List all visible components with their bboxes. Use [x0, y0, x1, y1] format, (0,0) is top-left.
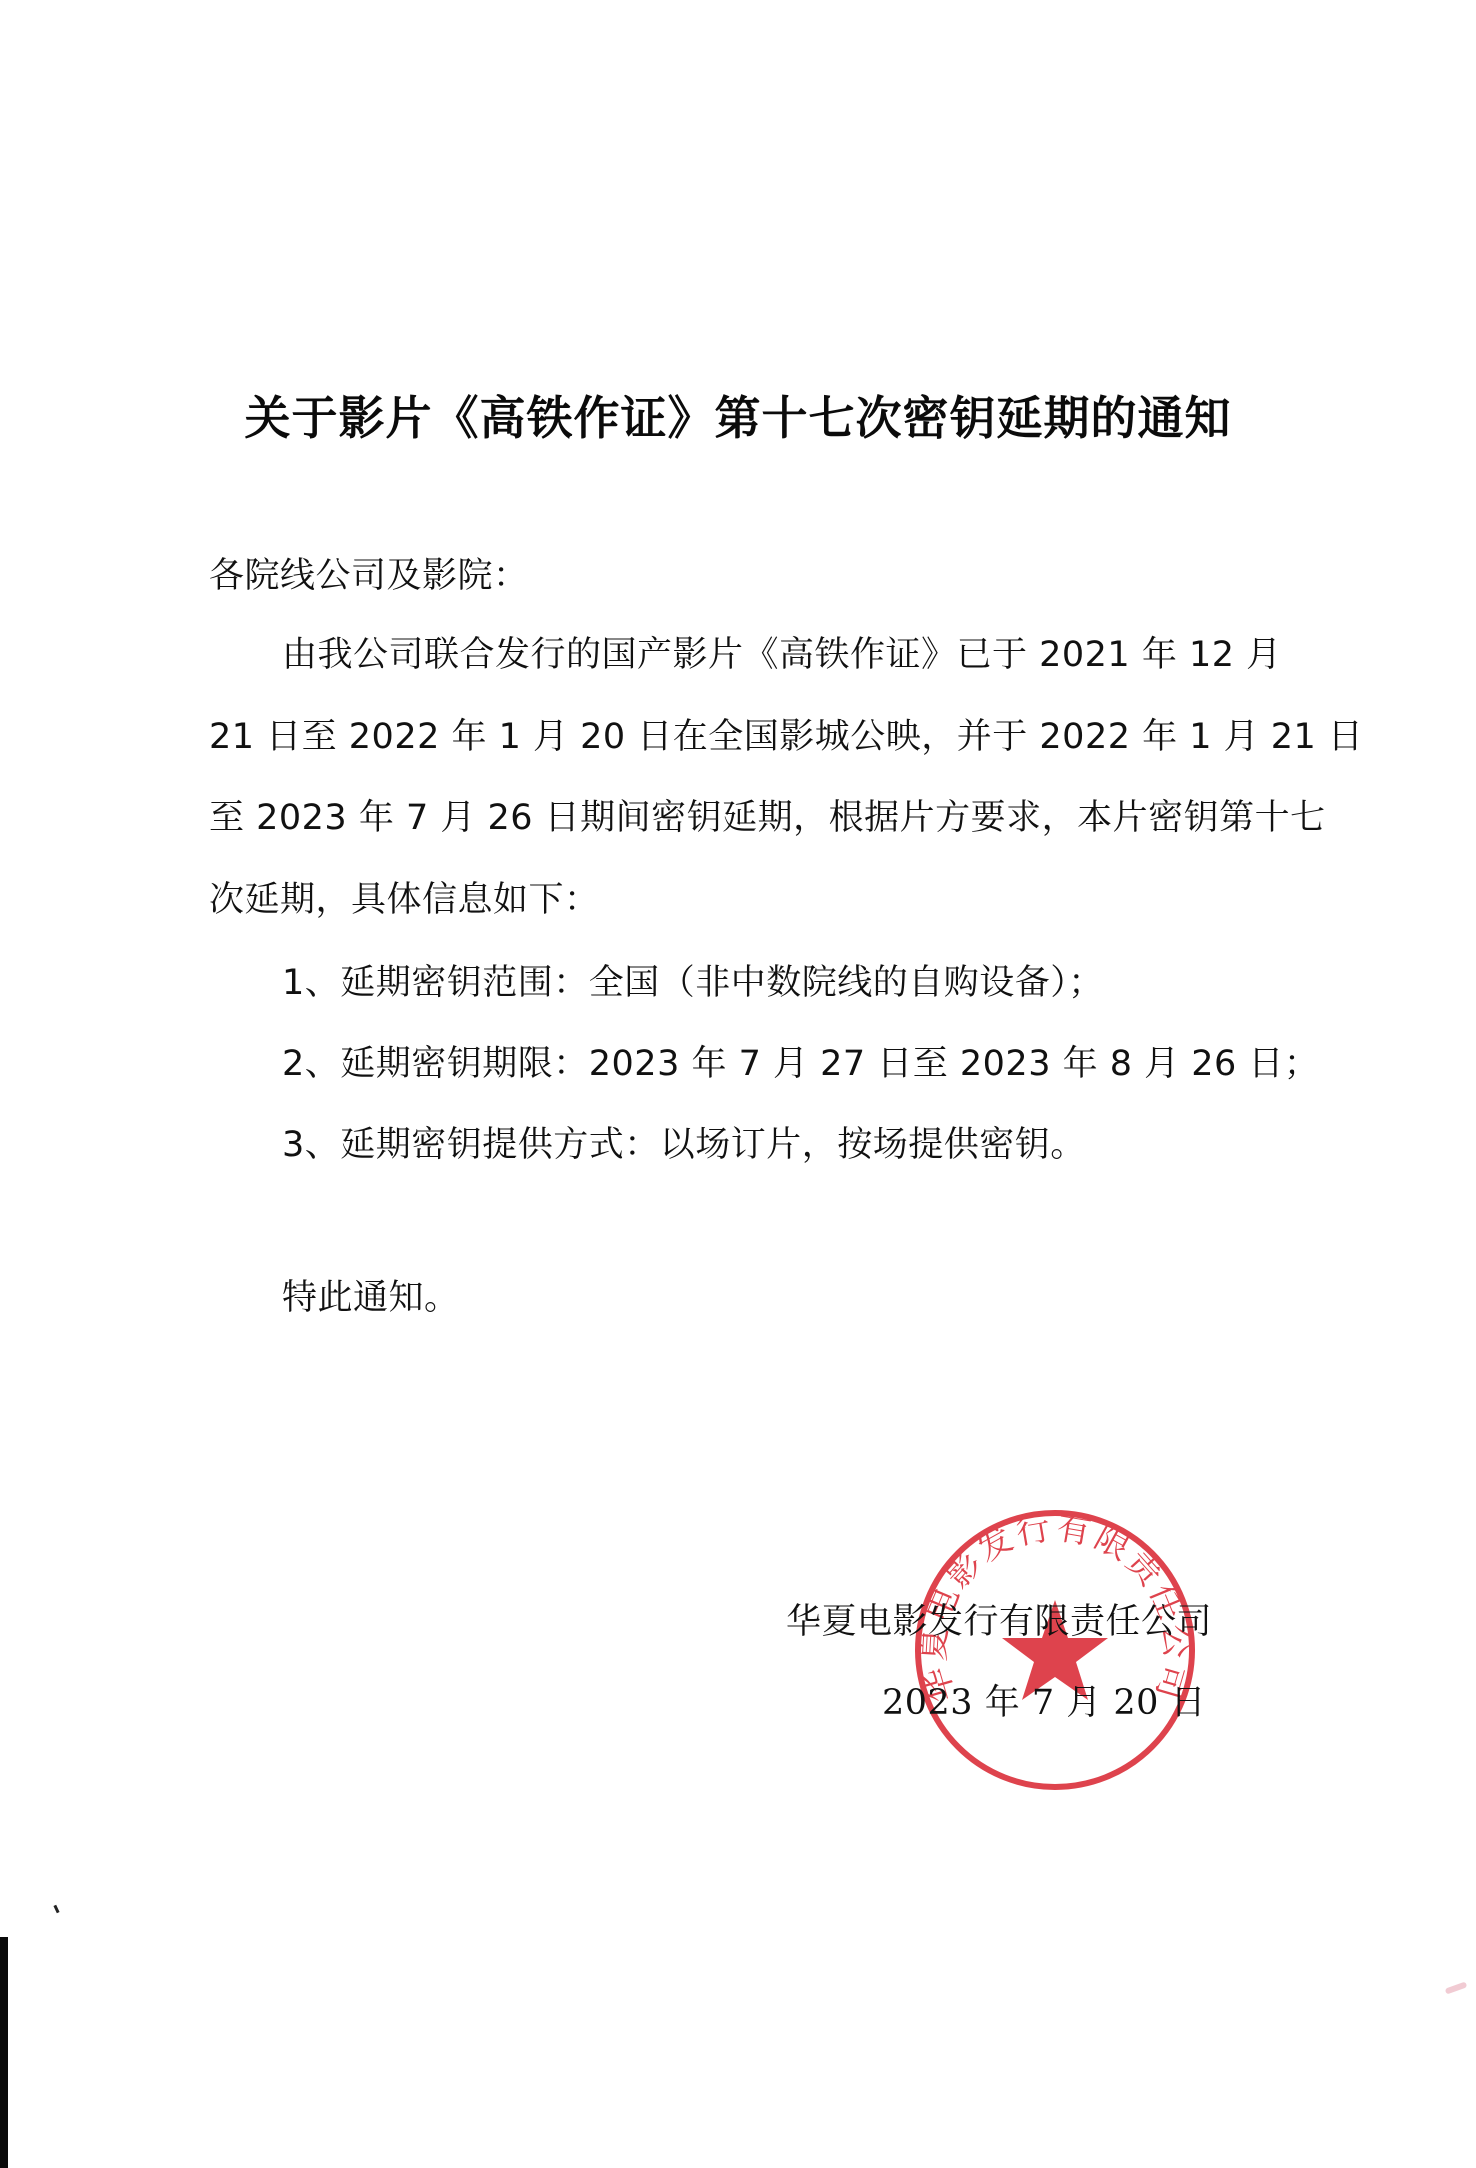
document-title: 关于影片《高铁作证》第十七次密钥延期的通知 — [0, 382, 1476, 448]
list-item-method: 3、延期密钥提供方式：以场订片，按场提供密钥。 — [282, 1117, 1086, 1167]
closing-text: 特此通知。 — [282, 1270, 460, 1320]
signature-company: 华夏电影发行有限责任公司 — [786, 1594, 1212, 1644]
salutation: 各院线公司及影院： — [209, 548, 529, 598]
list-item-scope: 1、延期密钥范围：全国（非中数院线的自购设备）； — [282, 955, 1104, 1005]
signature-date: 2023 年 7 月 20 日 — [882, 1675, 1206, 1725]
body-line: 至 2023 年 7 月 26 日期间密钥延期，根据片方要求，本片密钥第十七 — [209, 790, 1326, 840]
scan-ink-mark — [1445, 1981, 1468, 1994]
scan-speck — [53, 1905, 59, 1914]
company-seal-stamp-icon: 华夏电影发行有限责任公司 — [910, 1505, 1200, 1795]
document-page: 关于影片《高铁作证》第十七次密钥延期的通知 各院线公司及影院： 由我公司联合发行… — [0, 0, 1476, 2168]
body-line: 次延期，具体信息如下： — [209, 872, 600, 922]
list-item-period: 2、延期密钥期限：2023 年 7 月 27 日至 2023 年 8 月 26 … — [282, 1036, 1319, 1086]
body-line: 21 日至 2022 年 1 月 20 日在全国影城公映，并于 2022 年 1… — [209, 709, 1363, 759]
scan-edge-shadow — [0, 1937, 8, 2168]
body-line: 由我公司联合发行的国产影片《高铁作证》已于 2021 年 12 月 — [282, 627, 1282, 677]
